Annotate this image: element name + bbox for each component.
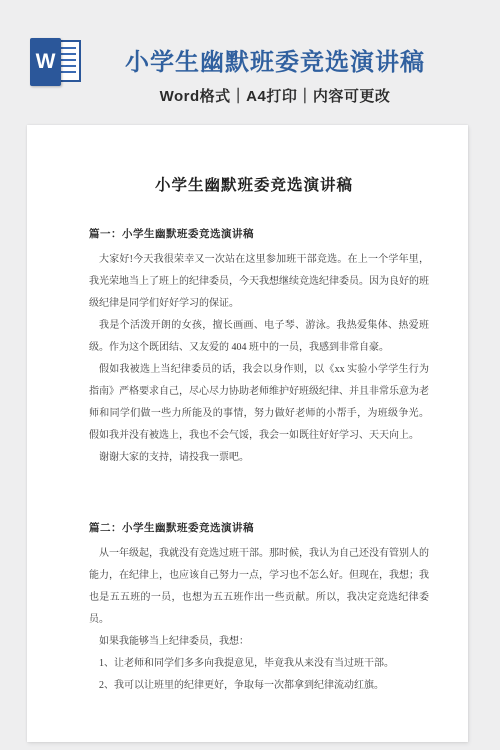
section-heading: 篇一：小学生幽默班委竞选演讲稿 [89, 227, 429, 243]
paragraph: 2、我可以让班里的纪律更好，争取每一次都拿到纪律流动红旗。 [89, 675, 429, 697]
site-header: W 小学生幽默班委竞选演讲稿 Word格式｜A4打印｜内容可更改 [0, 0, 500, 125]
document-section-1: 篇一：小学生幽默班委竞选演讲稿 大家好!今天我很荣幸又一次站在这里参加班干部竞选… [89, 227, 429, 469]
page-subtitle: Word格式｜A4打印｜内容可更改 [125, 85, 425, 106]
paragraph: 谢谢大家的支持，请投我一票吧。 [89, 447, 429, 469]
paragraph: 大家好!今天我很荣幸又一次站在这里参加班干部竞选。在上一个学年里，我光荣地当上了… [89, 249, 429, 315]
word-document-icon: W [30, 38, 82, 86]
header-text-block: 小学生幽默班委竞选演讲稿 Word格式｜A4打印｜内容可更改 [125, 42, 425, 106]
paragraph: 如果我能够当上纪律委员，我想： [89, 631, 429, 653]
document-title: 小学生幽默班委竞选演讲稿 [79, 173, 429, 199]
document-section-2: 篇二：小学生幽默班委竞选演讲稿 从一年级起，我就没有竞选过班干部。那时候，我认为… [89, 521, 429, 697]
document-preview-page: 小学生幽默班委竞选演讲稿 篇一：小学生幽默班委竞选演讲稿 大家好!今天我很荣幸又… [27, 125, 468, 742]
paragraph: 从一年级起，我就没有竞选过班干部。那时候，我认为自己还没有管别人的能力，在纪律上… [89, 543, 429, 631]
paragraph: 1、让老师和同学们多多向我提意见，毕竟我从来没有当过班干部。 [89, 653, 429, 675]
paragraph: 我是个活泼开朗的女孩，擅长画画、电子琴、游泳。我热爱集体、热爱班级。作为这个既团… [89, 315, 429, 359]
word-icon-w-panel: W [30, 38, 61, 86]
document-content: 小学生幽默班委竞选演讲稿 篇一：小学生幽默班委竞选演讲稿 大家好!今天我很荣幸又… [27, 125, 468, 697]
page-title: 小学生幽默班委竞选演讲稿 [125, 42, 425, 77]
paragraph: 假如我被选上当纪律委员的话，我会以身作则，以《xx 实验小学学生行为指南》严格要… [89, 359, 429, 447]
section-heading: 篇二：小学生幽默班委竞选演讲稿 [89, 521, 429, 537]
